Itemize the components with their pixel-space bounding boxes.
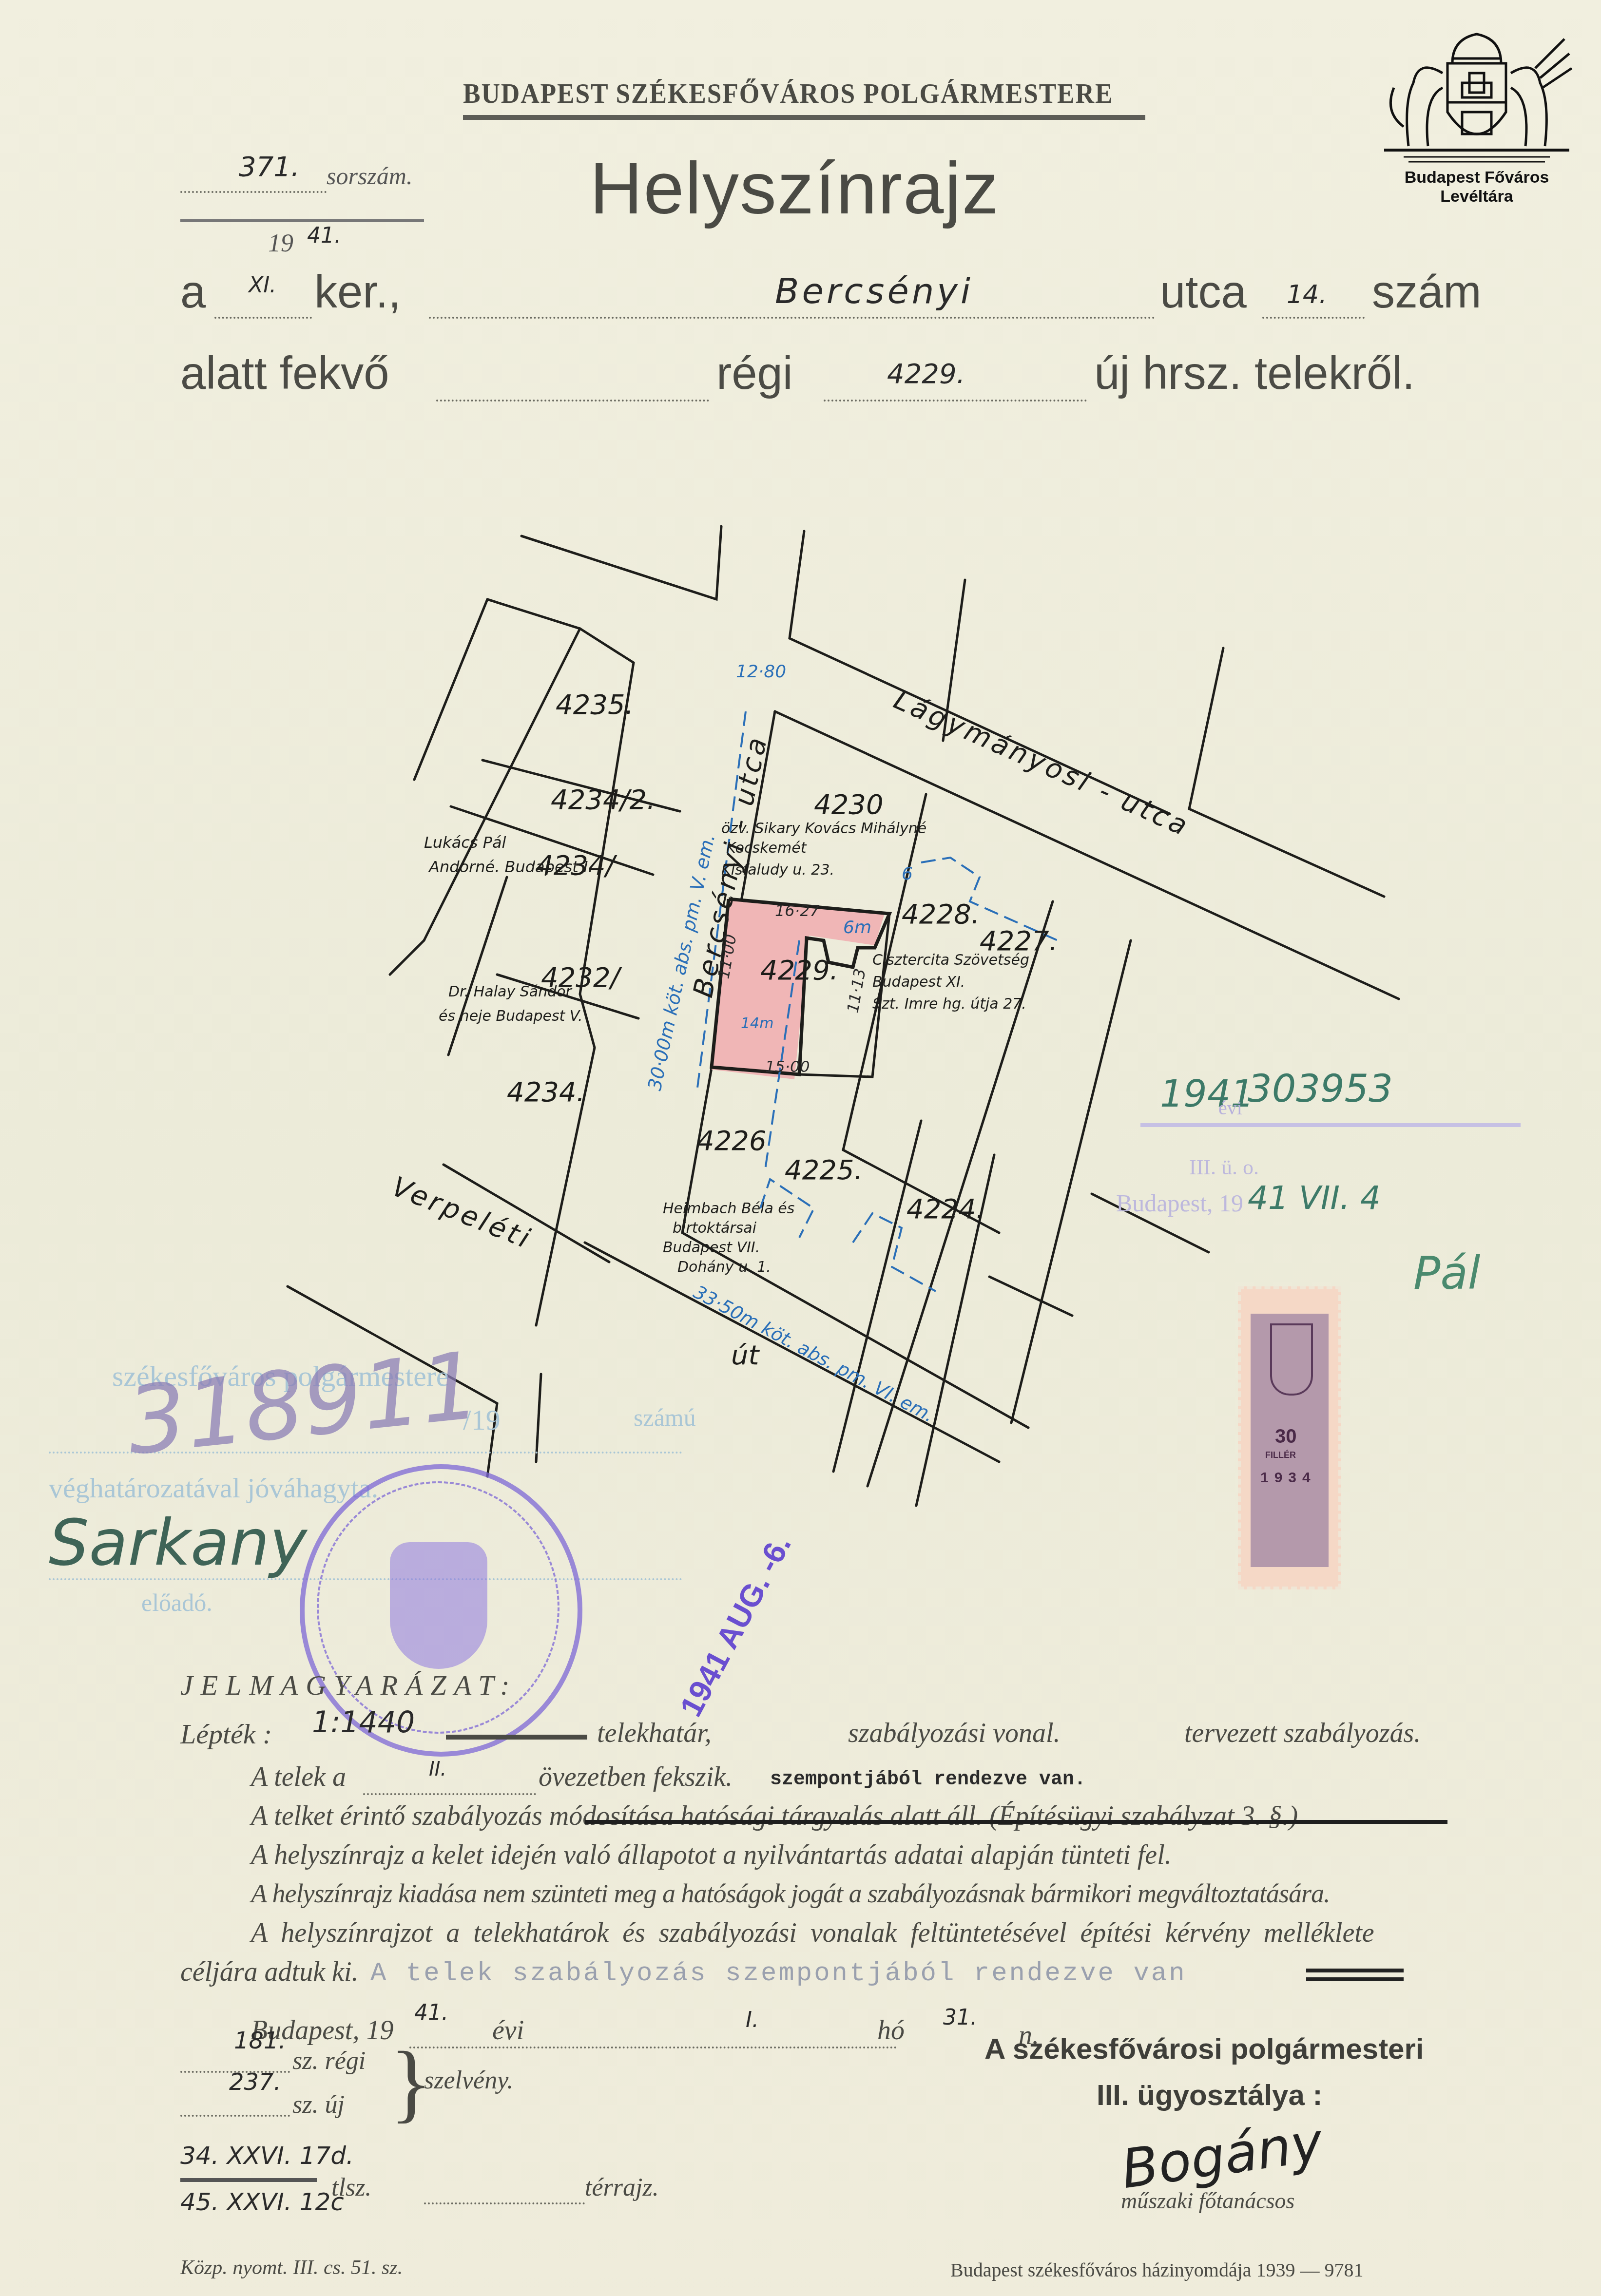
legend-title: JELMAGYARÁZAT:: [180, 1669, 517, 1702]
sheet-new-dots: [180, 2115, 290, 2117]
date-dots: [409, 2047, 897, 2048]
svg-text:4235.: 4235.: [556, 689, 634, 721]
plan-label: térrajz.: [585, 2173, 659, 2202]
svg-text:birtoktársai: birtoktársai: [673, 1220, 757, 1237]
svg-text:Verpeléti: Verpeléti: [387, 1171, 537, 1256]
planned-regulation-label: tervezett szabályozás.: [1184, 1718, 1421, 1749]
plan-dots: [424, 2202, 585, 2204]
svg-text:14m: 14m: [741, 1015, 773, 1032]
svg-text:33·50m köt. abs. pm. VI. em.: 33·50m köt. abs. pm. VI. em.: [690, 1281, 938, 1426]
zone-prefix: A telek a: [251, 1761, 346, 1793]
svg-text:Andorné. Budapest I.: Andorné. Budapest I.: [428, 858, 593, 876]
office-line-2: III. ügyosztálya :: [1097, 2078, 1322, 2112]
seal-coat-of-arms-icon: [390, 1542, 487, 1669]
sheet-new-value: 237.: [229, 2068, 281, 2096]
zone-typed-note: szempontjából rendezve van.: [770, 1769, 1086, 1791]
svg-text:Lukács Pál: Lukács Pál: [424, 833, 506, 852]
survey-fraction-bar: [180, 2178, 317, 2182]
zone-value: II.: [429, 1758, 446, 1780]
footer-right: Budapest székesfőváros házinyomdája 1939…: [950, 2258, 1364, 2281]
lot-boundary-symbol: [446, 1735, 587, 1740]
date-year: 41.: [414, 2000, 448, 2025]
svg-text:Szt. Imre hg. útja 27.: Szt. Imre hg. útja 27.: [872, 995, 1026, 1013]
handwritten-signature: Bogány: [1118, 2111, 1327, 2200]
date-day: 31.: [943, 2005, 977, 2030]
svg-text:4234.: 4234.: [507, 1076, 585, 1108]
survey-bottom-value: 45. XXVI. 12c: [180, 2188, 344, 2216]
survey-top-value: 34. XXVI. 17d.: [180, 2142, 354, 2170]
legend-line-purpose: A helyszínrajzot a telekhatárok és szabá…: [251, 1917, 1374, 1949]
date-year-label: évi: [492, 2015, 524, 2046]
svg-text:Dr. Halay Sándor: Dr. Halay Sándor: [448, 983, 573, 1000]
registry-word: évi: [1218, 1096, 1242, 1119]
legend-line-purpose-end: céljára adtuk ki.: [180, 1956, 358, 1988]
svg-text:4229.: 4229.: [760, 955, 838, 986]
date-month: I.: [746, 2008, 759, 2032]
registry-underline: [1140, 1123, 1521, 1127]
sheet-group-label: szelvény.: [424, 2066, 513, 2095]
strikethrough-line: [585, 1820, 1447, 1824]
svg-text:12·80: 12·80: [736, 662, 786, 682]
svg-text:15·00: 15·00: [765, 1057, 810, 1076]
svg-text:Heimbach Béla és: Heimbach Béla és: [663, 1200, 794, 1217]
approval-stamp-line4: előadó.: [141, 1588, 212, 1617]
svg-text:Budapest XI.: Budapest XI.: [872, 974, 965, 991]
svg-text:és neje Budapest V.: és neje Budapest V.: [439, 1008, 583, 1025]
svg-text:4230: 4230: [814, 789, 884, 821]
svg-text:4228.: 4228.: [902, 899, 980, 930]
zone-suffix: övezetben fekszik.: [539, 1761, 733, 1793]
sheet-old-label: sz. régi: [292, 2047, 366, 2075]
legend-line-state: A helyszínrajz a kelet idején való állap…: [251, 1839, 1172, 1871]
approval-stamp-line2b: számú: [634, 1403, 696, 1432]
lot-boundary-label: telekhatár,: [597, 1718, 712, 1749]
svg-text:Lágymányosi - utca: Lágymányosi - utca: [889, 684, 1195, 843]
footer-left: Közp. nyomt. III. cs. 51. sz.: [180, 2256, 403, 2279]
svg-text:4225.: 4225.: [785, 1154, 863, 1186]
svg-text:4226: 4226: [697, 1125, 767, 1157]
registry-number: 303953: [1248, 1067, 1393, 1111]
crest-icon: [1270, 1323, 1313, 1396]
registry-place: Budapest, 19: [1116, 1189, 1243, 1217]
svg-text:Budapest VII.: Budapest VII.: [663, 1239, 760, 1256]
scale-label: Lépték :: [180, 1718, 272, 1750]
signature-role: műszaki főtanácsos: [1121, 2188, 1295, 2214]
regulation-line-label: szabályozási vonal.: [848, 1718, 1061, 1749]
green-signature: Sarkany: [49, 1506, 307, 1580]
svg-text:6m: 6m: [843, 918, 871, 938]
registry-date: 41 VII. 4: [1248, 1179, 1381, 1217]
revenue-stamp: 30 FILLÉR 1934: [1238, 1286, 1341, 1589]
double-rule-bottom: [1306, 1977, 1404, 1981]
typed-regulation-note: A telek szabályozás szempontjából rendez…: [370, 1959, 1187, 1989]
svg-text:Dohány u. 1.: Dohány u. 1.: [677, 1259, 771, 1276]
svg-text:16·27: 16·27: [775, 901, 820, 920]
svg-text:6: 6: [902, 864, 913, 884]
svg-text:4224.: 4224.: [907, 1193, 984, 1225]
zone-dots: [363, 1793, 536, 1795]
sheet-new-label: sz. új: [292, 2090, 345, 2119]
registry-dept: III. ü. o.: [1189, 1155, 1259, 1180]
svg-text:Cisztercita Szövetség: Cisztercita Szövetség: [872, 952, 1029, 969]
legend-line-authority: A helyszínrajz kiadása nem szünteti meg …: [251, 1878, 1330, 1909]
svg-text:4234/2.: 4234/2.: [551, 784, 656, 816]
approval-stamp-line3: véghatározatával jóváhagyta.: [49, 1472, 378, 1504]
sheet-old-value: 181.: [234, 2027, 286, 2054]
date-month-label: hó: [877, 2015, 905, 2046]
revenue-stamp-unit: FILLÉR: [1265, 1450, 1296, 1460]
revenue-stamp-year: 1934: [1260, 1470, 1316, 1486]
legend-line-regulation-change: A telket érintő szabályozás módosítása h…: [251, 1800, 1298, 1832]
svg-text:út: út: [731, 1339, 760, 1371]
svg-text:11·13: 11·13: [843, 967, 869, 1014]
registry-initials: Pál: [1413, 1247, 1480, 1300]
double-rule-top: [1306, 1969, 1404, 1972]
office-line-1: A székesfővárosi polgármesteri: [984, 2032, 1424, 2066]
scale-value: 1:1440: [312, 1705, 415, 1740]
survey-label: tlsz.: [331, 2173, 371, 2202]
revenue-stamp-value: 30: [1275, 1426, 1297, 1448]
